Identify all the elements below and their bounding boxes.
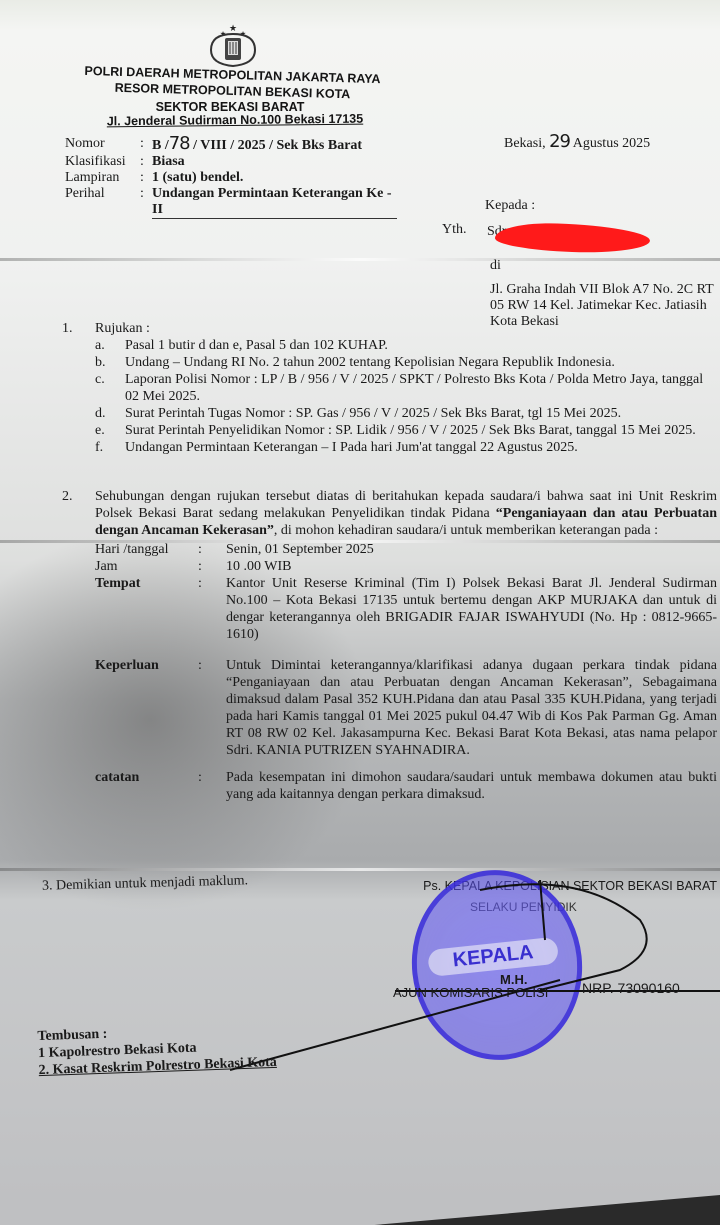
field-hari-tanggal: Hari /tanggal:Senin, 01 September 2025 (95, 541, 717, 558)
rujukan-item: b.Undang – Undang RI No. 2 tahun 2002 te… (95, 354, 712, 371)
meta-lampiran: Lampiran:1 (satu) bendel. (65, 170, 412, 186)
undangan-paragraph: Sehubungan dengan rujukan tersebut diata… (95, 488, 717, 539)
section-rujukan: 1. Rujukan : a.Pasal 1 butir d dan e, Pa… (62, 320, 712, 456)
meta-nomor: Nomor: B /78 / VIII / 2025 / Sek Bks Bar… (65, 136, 412, 154)
tembusan: Tembusan : 1 Kapolrestro Bekasi Kota 2. … (37, 1020, 277, 1079)
rujukan-item: a.Pasal 1 butir d dan e, Pasal 5 dan 102… (95, 337, 712, 354)
rujukan-title: Rujukan : (95, 320, 712, 337)
handwritten-day: 29 (549, 131, 570, 152)
letter-meta: Nomor: B /78 / VIII / 2025 / Sek Bks Bar… (65, 136, 412, 219)
paper-crease (0, 258, 720, 261)
paper-crease (0, 868, 720, 871)
rujukan-list: a.Pasal 1 butir d dan e, Pasal 5 dan 102… (95, 337, 712, 456)
rujukan-item: e.Surat Perintah Penyelidikan Nomor : SP… (95, 422, 712, 439)
field-tempat: Tempat:Kantor Unit Reserse Kriminal (Tim… (95, 575, 717, 643)
recipient-di: di (490, 258, 501, 274)
field-keperluan: Keperluan:Untuk Dimintai keterangannya/k… (95, 657, 717, 759)
letter-date: Bekasi, 29 Agustus 2025 (504, 131, 650, 152)
meta-perihal: Perihal:Undangan Permintaan Keterangan K… (65, 186, 412, 219)
field-jam: Jam:10 .00 WIB (95, 558, 717, 575)
recipient-yth: Yth. (442, 222, 467, 238)
meta-klasifikasi: Klasifikasi:Biasa (65, 154, 412, 170)
rujukan-item: f.Undangan Permintaan Keterangan – I Pad… (95, 439, 712, 456)
recipient-kepada: Kepada : (485, 198, 535, 214)
polri-emblem-icon: ★ ★ ★ (203, 22, 263, 70)
svg-text:★: ★ (229, 23, 237, 33)
handwritten-number: 78 (169, 133, 190, 154)
field-catatan: catatan:Pada kesempatan ini dimohon saud… (95, 769, 717, 803)
letterhead-address: Jl. Jenderal Sudirman No.100 Bekasi 1713… (85, 111, 385, 129)
section-undangan: 2. Sehubungan dengan rujukan tersebut di… (62, 488, 717, 803)
rujukan-item: c.Laporan Polisi Nomor : LP / B / 956 / … (95, 371, 712, 405)
rujukan-item: d.Surat Perintah Tugas Nomor : SP. Gas /… (95, 405, 712, 422)
